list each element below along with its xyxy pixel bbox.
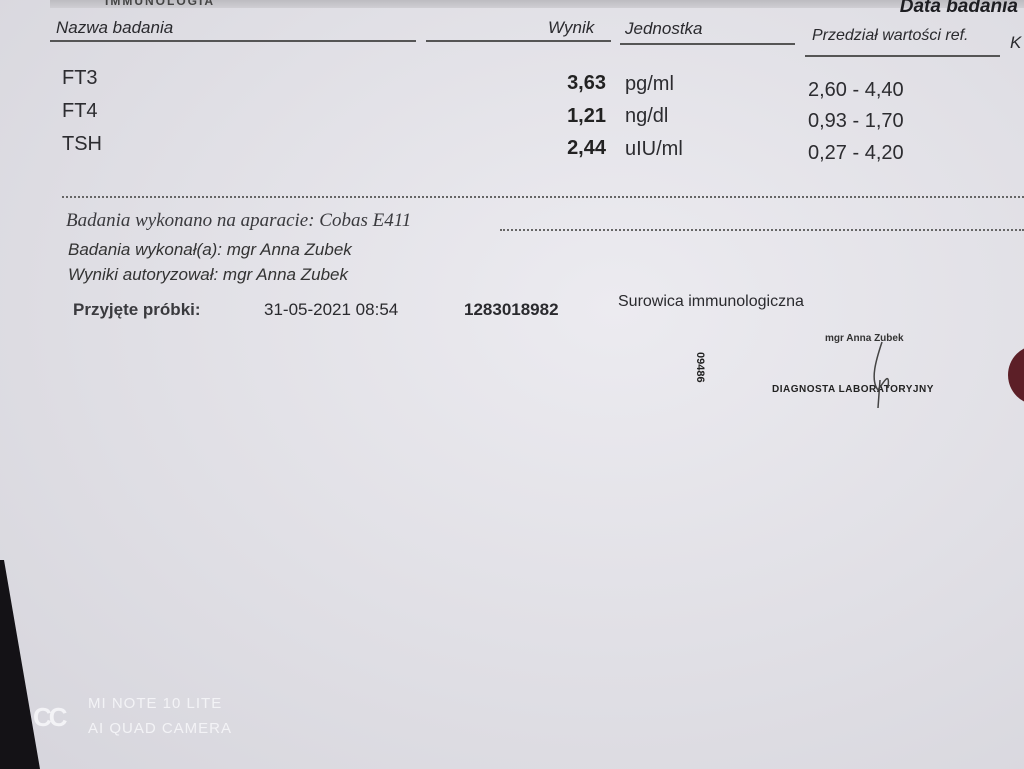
performed-by: Badania wykonał(a): mgr Anna Zubek — [68, 240, 352, 260]
stamp-number: 09486 — [694, 352, 706, 383]
dotted-separator — [62, 196, 1024, 198]
section-header-text: IMMUNOLOGIA — [105, 0, 215, 8]
stamp-title: DIAGNOSTA LABORATORYJNY — [772, 384, 934, 395]
test-name: FT4 — [62, 100, 98, 123]
camera-logo-icon: CC — [33, 702, 65, 733]
header-underline — [50, 40, 416, 42]
test-range: 0,93 - 1,70 — [808, 110, 904, 133]
sample-id: 1283018982 — [464, 300, 559, 320]
test-range: 2,60 - 4,40 — [808, 79, 904, 102]
test-unit: pg/ml — [625, 73, 674, 96]
test-unit: uIU/ml — [625, 138, 683, 161]
test-name: TSH — [62, 133, 102, 156]
device-info: Badania wykonano na aparacie: Cobas E411 — [66, 210, 411, 232]
authorized-by: Wyniki autoryzował: mgr Anna Zubek — [68, 265, 348, 285]
watermark-device: MI NOTE 10 LITE — [88, 695, 222, 712]
section-header-band: IMMUNOLOGIA — [50, 0, 1024, 8]
received-datetime: 31-05-2021 08:54 — [264, 300, 398, 320]
header-underline — [426, 40, 611, 42]
signature-icon — [860, 340, 900, 410]
column-header-extra: K — [1010, 33, 1021, 53]
test-unit: ng/dl — [625, 105, 668, 128]
column-header-unit: Jednostka — [625, 19, 703, 39]
column-header-name: Nazwa badania — [56, 18, 173, 38]
test-range: 0,27 - 4,20 — [808, 142, 904, 165]
date-header: Data badania — [900, 0, 1018, 18]
received-label: Przyjęte próbki: — [73, 300, 201, 320]
test-value: 2,44 — [567, 137, 606, 160]
test-value: 1,21 — [567, 105, 606, 128]
test-name: FT3 — [62, 67, 98, 90]
column-header-result: Wynik — [548, 18, 594, 38]
header-underline — [620, 43, 795, 45]
test-value: 3,63 — [567, 72, 606, 95]
dotted-separator — [500, 229, 1024, 231]
sample-material: Surowica immunologiczna — [618, 293, 804, 311]
watermark-camera: AI QUAD CAMERA — [88, 720, 232, 737]
header-underline — [805, 55, 1000, 57]
column-header-reference: Przedział wartości ref. — [812, 27, 969, 45]
